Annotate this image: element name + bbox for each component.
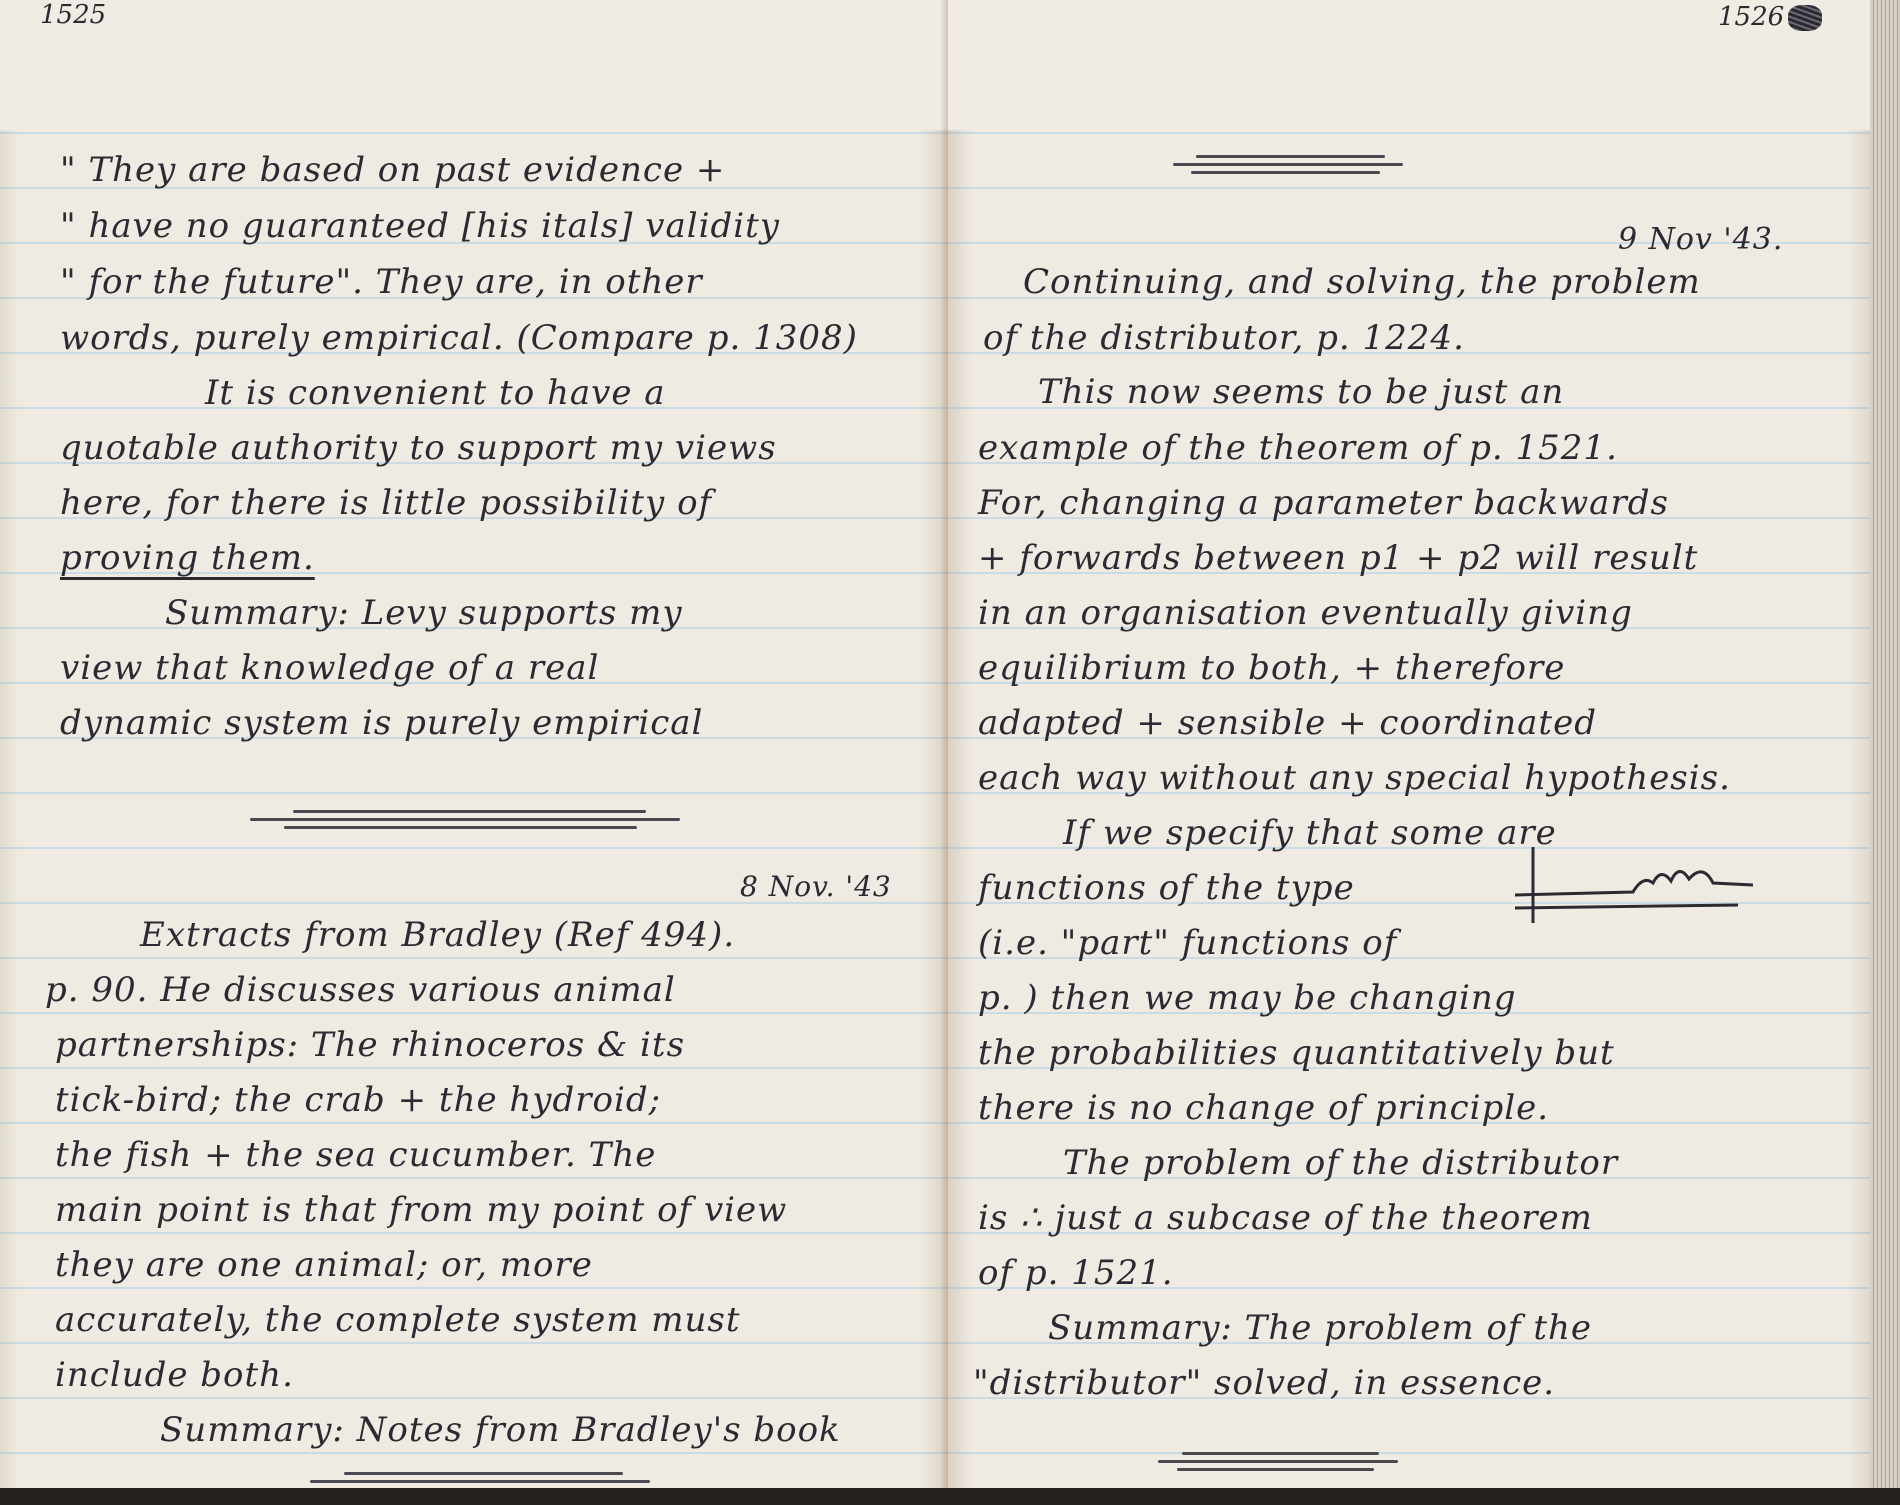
text-line: words, purely empirical. (Compare p. 130…	[60, 318, 858, 358]
text-line: there is no change of principle.	[978, 1088, 1549, 1128]
page-number-left: 1525	[40, 0, 106, 30]
text-line: include both.	[55, 1355, 294, 1395]
left-page: 1525 " They are based on past evidence +…	[0, 0, 948, 1490]
text-line: tick-bird; the crab + the hydroid;	[55, 1080, 661, 1120]
notebook-bottom-edge	[0, 1488, 1900, 1505]
section-divider	[1173, 155, 1403, 175]
text-line: dynamic system is purely empirical	[60, 703, 703, 743]
text-line: p. 90. He discusses various animal	[45, 970, 676, 1010]
notebook-spread: 1525 " They are based on past evidence +…	[0, 0, 1900, 1490]
text-line: of p. 1521.	[978, 1253, 1174, 1293]
section-divider	[1158, 1452, 1398, 1472]
step-function-sketch	[1513, 845, 1753, 925]
text-line: " for the future". They are, in other	[60, 262, 703, 302]
text-line: The problem of the distributor	[1063, 1143, 1618, 1183]
text-line: adapted + sensible + coordinated	[978, 703, 1597, 743]
text-line: If we specify that some are	[1063, 813, 1557, 853]
text-line: here, for there is little possibility of	[60, 483, 712, 523]
text-line: p. ) then we may be changing	[978, 978, 1517, 1018]
text-line: equilibrium to both, + therefore	[978, 648, 1565, 688]
text-line: (i.e. "part" functions of	[978, 923, 1397, 963]
text-line: quotable authority to support my views	[60, 428, 777, 468]
section-divider	[250, 810, 680, 830]
entry-title: Extracts from Bradley (Ref 494).	[140, 915, 735, 955]
text-line: of the distributor, p. 1224.	[983, 318, 1465, 358]
text-line: proving them.	[60, 538, 315, 578]
text-line: For, changing a parameter backwards	[978, 483, 1669, 523]
text-line: is ∴ just a subcase of the theorem	[978, 1198, 1593, 1238]
entry-date: 8 Nov. '43	[740, 870, 892, 903]
text-line: partnerships: The rhinoceros & its	[55, 1025, 685, 1065]
text-line: view that knowledge of a real	[60, 648, 599, 688]
text-line: each way without any special hypothesis.	[978, 758, 1731, 798]
text-line: functions of the type	[978, 868, 1355, 908]
page-header-margin	[0, 0, 948, 130]
text-line: Continuing, and solving, the problem	[1023, 262, 1701, 302]
entry-date: 9 Nov '43.	[1618, 222, 1783, 257]
summary-line: Summary: Levy supports my	[165, 593, 683, 633]
right-page: 1526 9 Nov '43. Continuing, and solving,…	[948, 0, 1870, 1490]
text-line: in an organisation eventually giving	[978, 593, 1633, 633]
page-number-text: 1526	[1718, 2, 1784, 32]
text-line: example of the theorem of p. 1521.	[978, 428, 1618, 468]
summary-line: Summary: Notes from Bradley's book	[160, 1410, 841, 1450]
summary-line: Summary: The problem of the	[1048, 1308, 1592, 1348]
text-line: they are one animal; or, more	[55, 1245, 593, 1285]
text-line: " They are based on past evidence +	[60, 150, 725, 190]
text-line: the fish + the sea cucumber. The	[55, 1135, 656, 1175]
text-line: It is convenient to have a	[205, 373, 666, 413]
text-line: This now seems to be just an	[1038, 372, 1564, 412]
text-line: the probabilities quantitatively but	[978, 1033, 1615, 1073]
text-line: " have no guaranteed [his itals] validit…	[60, 206, 780, 246]
page-number-right: 1526	[1718, 2, 1822, 32]
text-line: + forwards between p1 + p2 will result	[978, 538, 1698, 578]
text-line: "distributor" solved, in essence.	[973, 1363, 1555, 1403]
scribble-mark	[1788, 5, 1822, 31]
text-line: main point is that from my point of view	[55, 1190, 787, 1230]
text-line: accurately, the complete system must	[55, 1300, 741, 1340]
page-edges	[1870, 0, 1900, 1490]
